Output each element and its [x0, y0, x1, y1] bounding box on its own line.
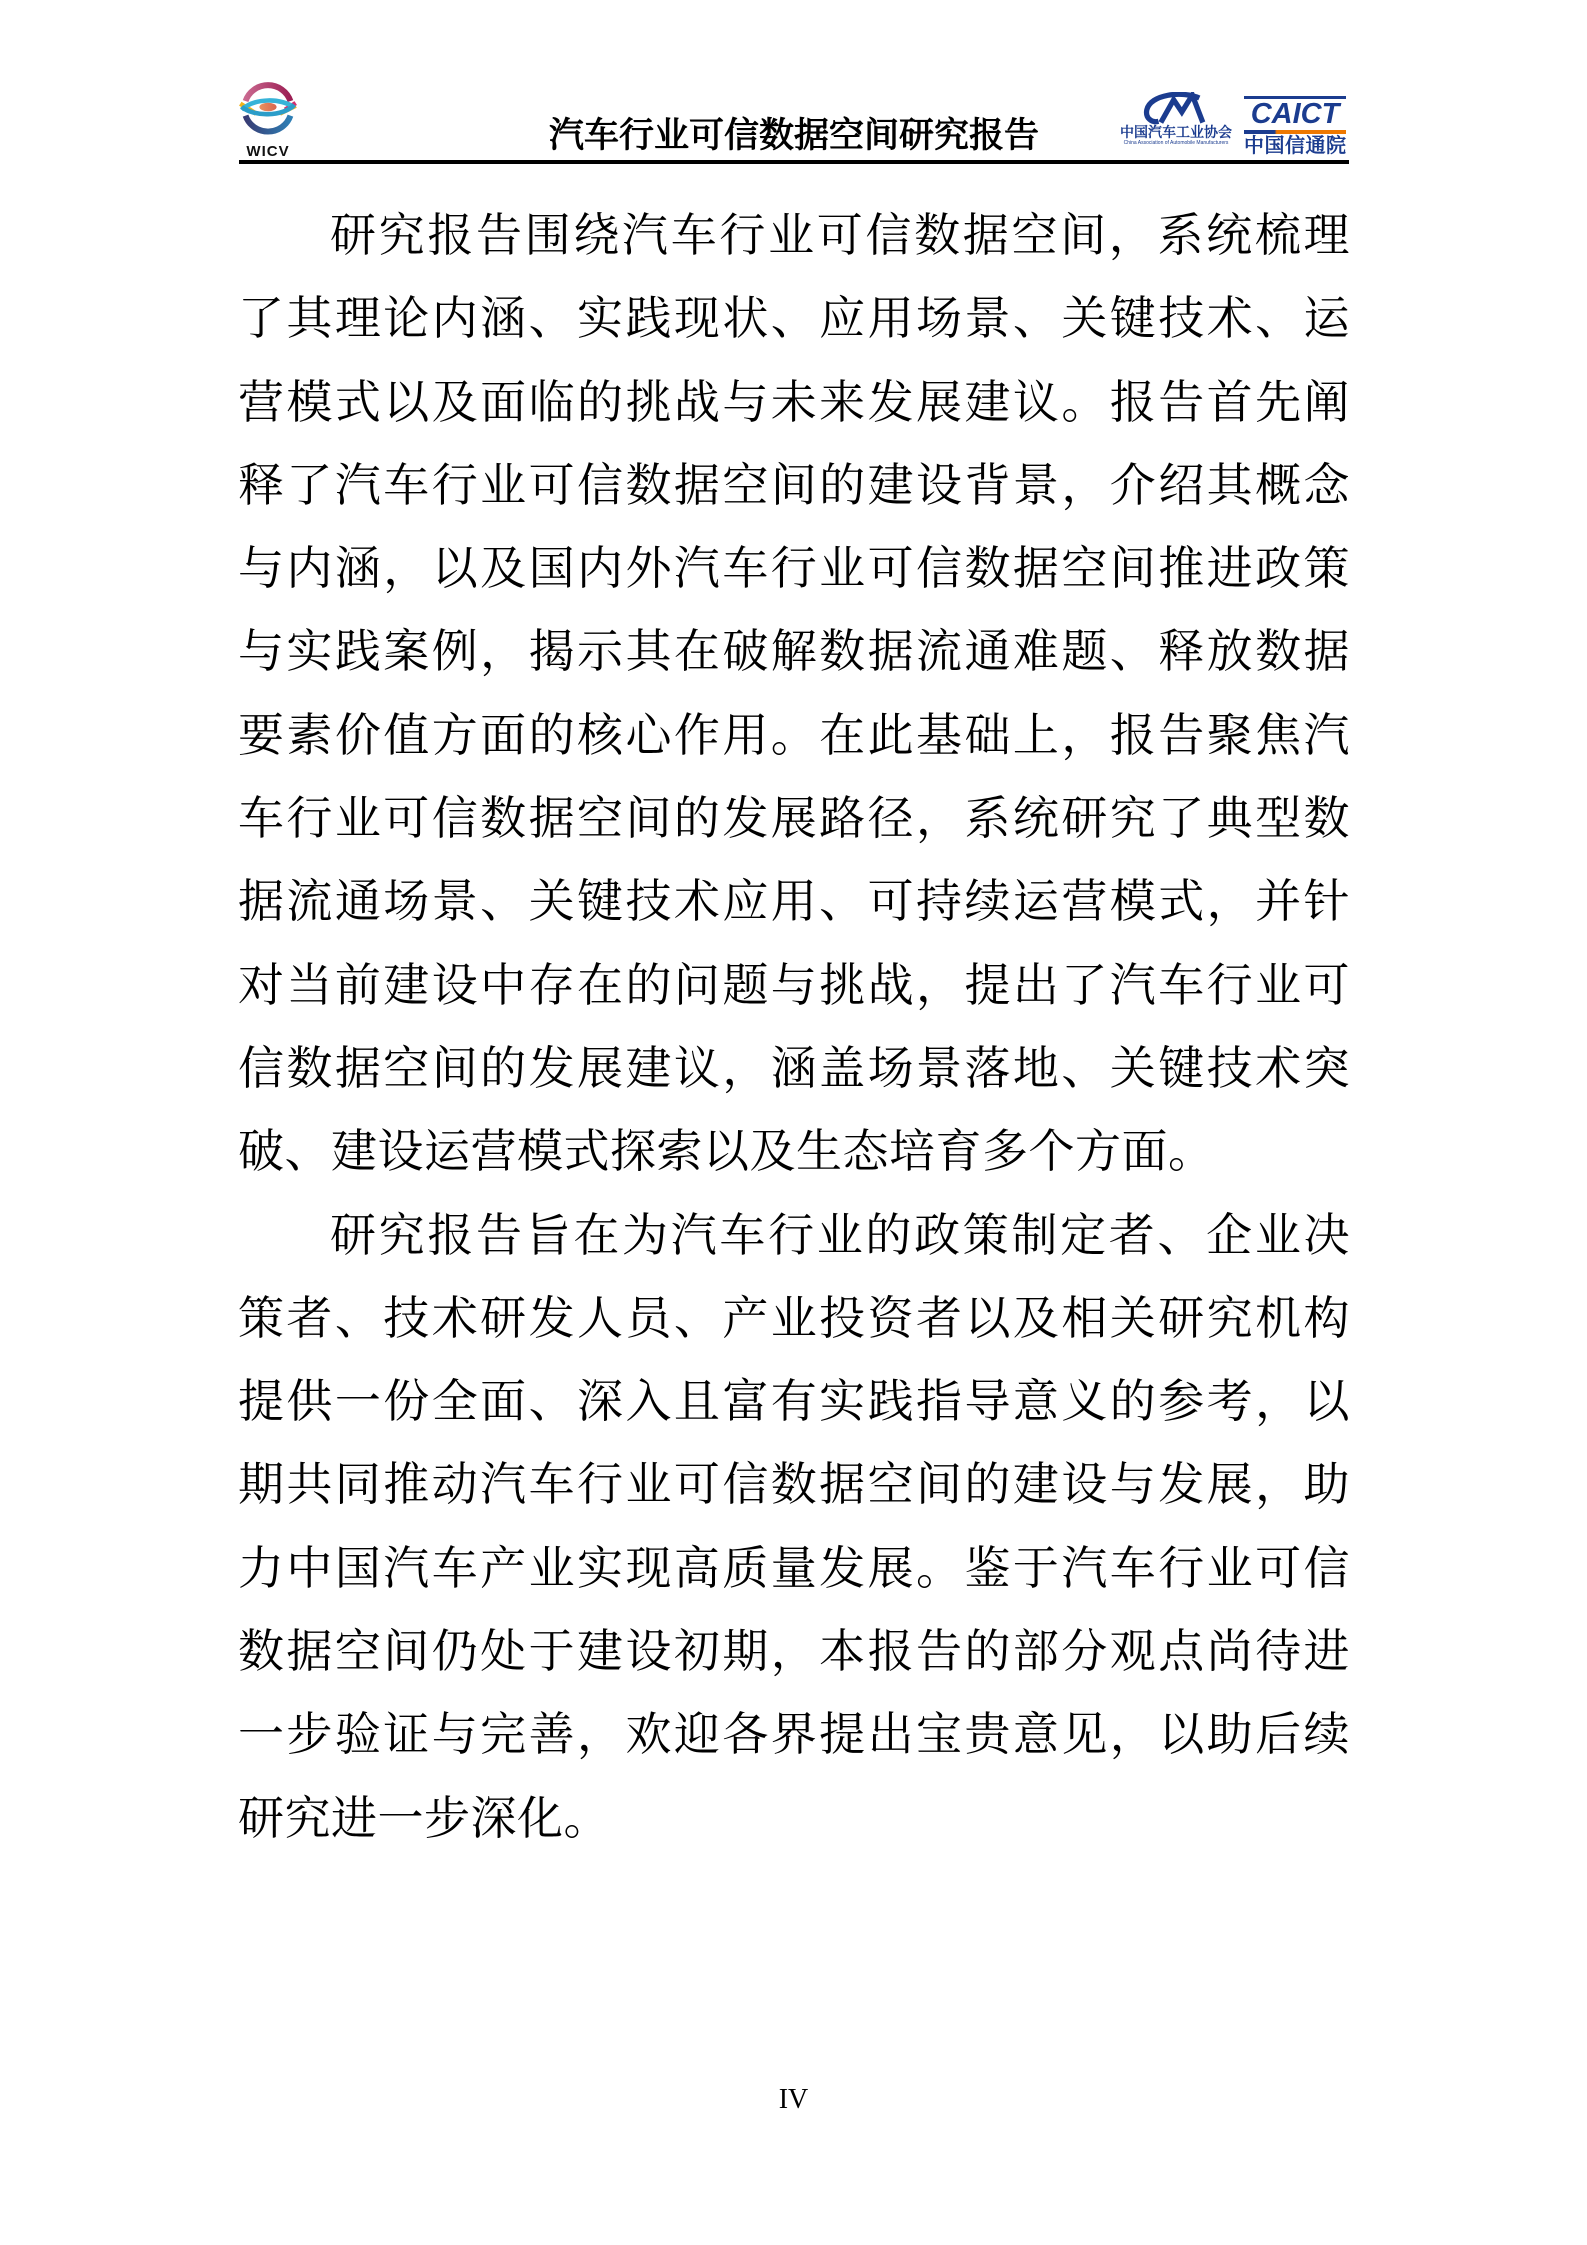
- caam-logo: 中国汽车工业协会 China Association of Automobile…: [1116, 92, 1236, 147]
- paragraph-1: 研究报告围绕汽车行业可信数据空间，系统梳理了其理论内涵、实践现状、应用场景、关键…: [238, 194, 1350, 1194]
- caict-acronym: CAICT: [1244, 100, 1346, 129]
- caam-name-en: China Association of Automobile Manufact…: [1116, 140, 1236, 147]
- header-divider: [239, 160, 1349, 164]
- page-number: IV: [0, 2084, 1587, 2116]
- caict-accent-bar: [1244, 130, 1346, 134]
- paragraph-2: 研究报告旨在为汽车行业的政策制定者、企业决策者、技术研发人员、产业投资者以及相关…: [238, 1194, 1350, 1860]
- caict-logo: CAICT 中国信通院: [1244, 96, 1346, 157]
- document-page: WICV 汽车行业可信数据空间研究报告 中国汽车工业协会 China Assoc…: [0, 0, 1587, 2245]
- caam-name-cn: 中国汽车工业协会: [1116, 125, 1236, 140]
- caam-emblem-icon: [1116, 92, 1236, 125]
- caict-name-cn: 中国信通院: [1244, 136, 1346, 157]
- body-text: 研究报告围绕汽车行业可信数据空间，系统梳理了其理论内涵、实践现状、应用场景、关键…: [238, 194, 1350, 1860]
